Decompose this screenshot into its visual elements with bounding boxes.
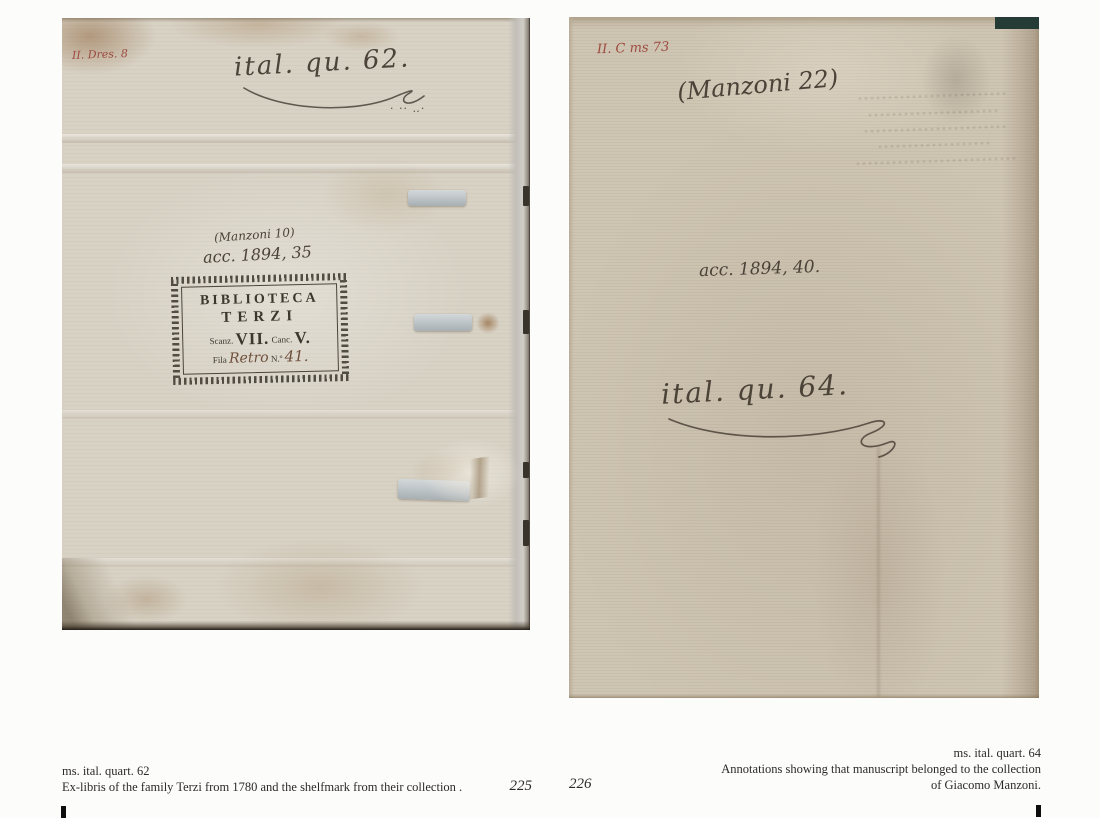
binding-corner — [995, 17, 1039, 29]
ghost-text-line — [865, 126, 1005, 133]
title-inscription: ital. qu. 62. — [233, 43, 411, 82]
stamp-number-value: 41. — [284, 347, 308, 366]
manzoni-annotation: (Manzoni 10) — [214, 225, 296, 245]
ghost-text-line — [879, 142, 989, 148]
fold-crease — [62, 164, 516, 173]
fold-crease — [62, 410, 516, 419]
stamp-fila-label: Fila — [213, 355, 227, 365]
left-photo-top-edge — [62, 18, 530, 22]
stamp-inner-frame: BIBLIOTECA TERZI Scanz. VII. Canc. V. Fi… — [181, 283, 339, 375]
vellum-strap — [408, 190, 466, 206]
stamp-ornament-border — [171, 273, 347, 284]
sewing-mark — [523, 186, 529, 206]
accession-annotation: acc. 1894, 40. — [699, 257, 821, 281]
stamp-family-name: TERZI — [183, 307, 337, 327]
right-manuscript-photo: II. C ms 73 (Manzoni 22) acc. 1894, 40. … — [569, 17, 1039, 698]
left-caption: ms. ital. quart. 62 Ex-libris of the fam… — [62, 763, 462, 795]
manzoni-annotation: (Manzoni 22) — [676, 64, 839, 106]
left-manuscript-photo: II. Dres. 8 ital. qu. 62. · ·· ‥· (Manzo… — [62, 18, 530, 630]
stamp-scanz-label: Scanz. — [209, 336, 233, 347]
sewing-mark — [523, 520, 529, 546]
stamp-fila-line: Fila Retro N.º 41. — [183, 346, 337, 367]
left-caption-description: Ex-libris of the family Terzi from 1780 … — [62, 779, 462, 795]
vertical-crease — [877, 447, 880, 697]
stamp-ornament-border — [340, 280, 349, 374]
stamp-number-label: N.º — [271, 353, 283, 363]
red-shelfmark-annotation: II. C ms 73 — [597, 40, 670, 58]
left-caption-shelfmark: ms. ital. quart. 62 — [62, 763, 462, 779]
vellum-strap — [414, 314, 472, 331]
page-number-right: 226 — [569, 776, 592, 793]
crop-mark-left — [61, 806, 66, 818]
right-caption-description-line2: of Giacomo Manzoni. — [721, 777, 1041, 793]
stain-spot — [476, 312, 500, 334]
right-caption-description-line1: Annotations showing that manuscript belo… — [721, 761, 1041, 777]
ghost-text-line — [857, 157, 1017, 165]
right-photo-left-edge — [569, 17, 574, 698]
left-photo-bottom-edge — [62, 621, 530, 630]
stamp-fila-handwritten: Retro — [229, 350, 269, 367]
sewing-mark — [523, 310, 529, 334]
fold-crease — [62, 134, 516, 143]
corner-fold — [62, 558, 212, 630]
stamp-ornament-border — [173, 374, 349, 385]
stamp-canc-label: Canc. — [271, 334, 292, 344]
right-photo-bottom-edge — [569, 694, 1039, 698]
right-caption-shelfmark: ms. ital. quart. 64 — [721, 745, 1041, 761]
accession-annotation: acc. 1894, 35 — [203, 242, 313, 267]
title-inscription: ital. qu. 64. — [660, 368, 849, 411]
stamp-scanz-value: VII. — [235, 329, 269, 349]
terzi-library-stamp: BIBLIOTECA TERZI Scanz. VII. Canc. V. Fi… — [171, 273, 349, 385]
stamp-ornament-border — [171, 284, 180, 378]
stamp-canc-value: V. — [294, 328, 311, 347]
red-shelfmark-annotation: II. Dres. 8 — [72, 47, 128, 62]
page-number-left: 225 — [498, 778, 532, 795]
crop-mark-right — [1036, 805, 1041, 817]
ink-dots: · ·· ‥· — [390, 102, 425, 115]
right-caption: ms. ital. quart. 64 Annotations showing … — [721, 745, 1041, 793]
